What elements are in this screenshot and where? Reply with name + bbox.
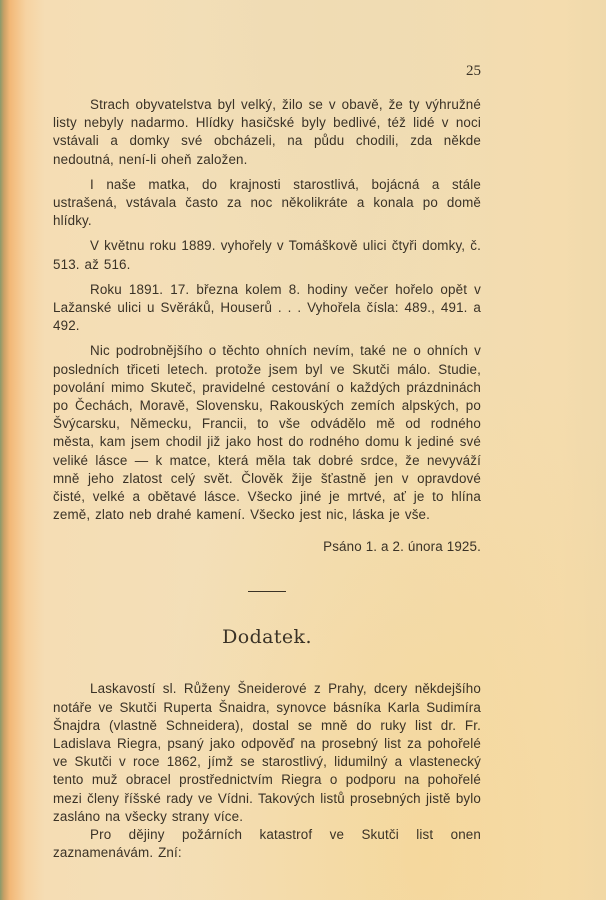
appendix-title: Dodatek. (53, 626, 481, 648)
paragraph-rieger-letter: Laskavostí sl. Růženy Šneiderové z Prahy… (53, 680, 481, 826)
paragraph-mother-watch: I naše matka, do krajnosti starostlivá, … (53, 176, 481, 231)
paragraph-fear: Strach obyvatelstva byl velký, žilo se v… (53, 96, 481, 169)
section-divider (248, 591, 286, 592)
paragraph-fire-1891: Roku 1891. 17. března kolem 8. hodiny ve… (53, 281, 481, 336)
paragraph-fire-1889: V květnu roku 1889. vyhořely v Tomáškově… (53, 237, 481, 273)
text-column: Strach obyvatelstva byl velký, žilo se v… (53, 96, 481, 863)
page-number: 25 (456, 63, 481, 80)
paragraph-reflection: Nic podrobnějšího o těchto ohních nevím,… (53, 342, 481, 524)
appendix-section: Laskavostí sl. Růženy Šneiderové z Prahy… (53, 680, 481, 862)
signature-date: Psáno 1. a 2. února 1925. (53, 538, 481, 556)
paragraph-letter-intro: Pro dějiny požárních katastrof ve Skutči… (53, 826, 481, 862)
